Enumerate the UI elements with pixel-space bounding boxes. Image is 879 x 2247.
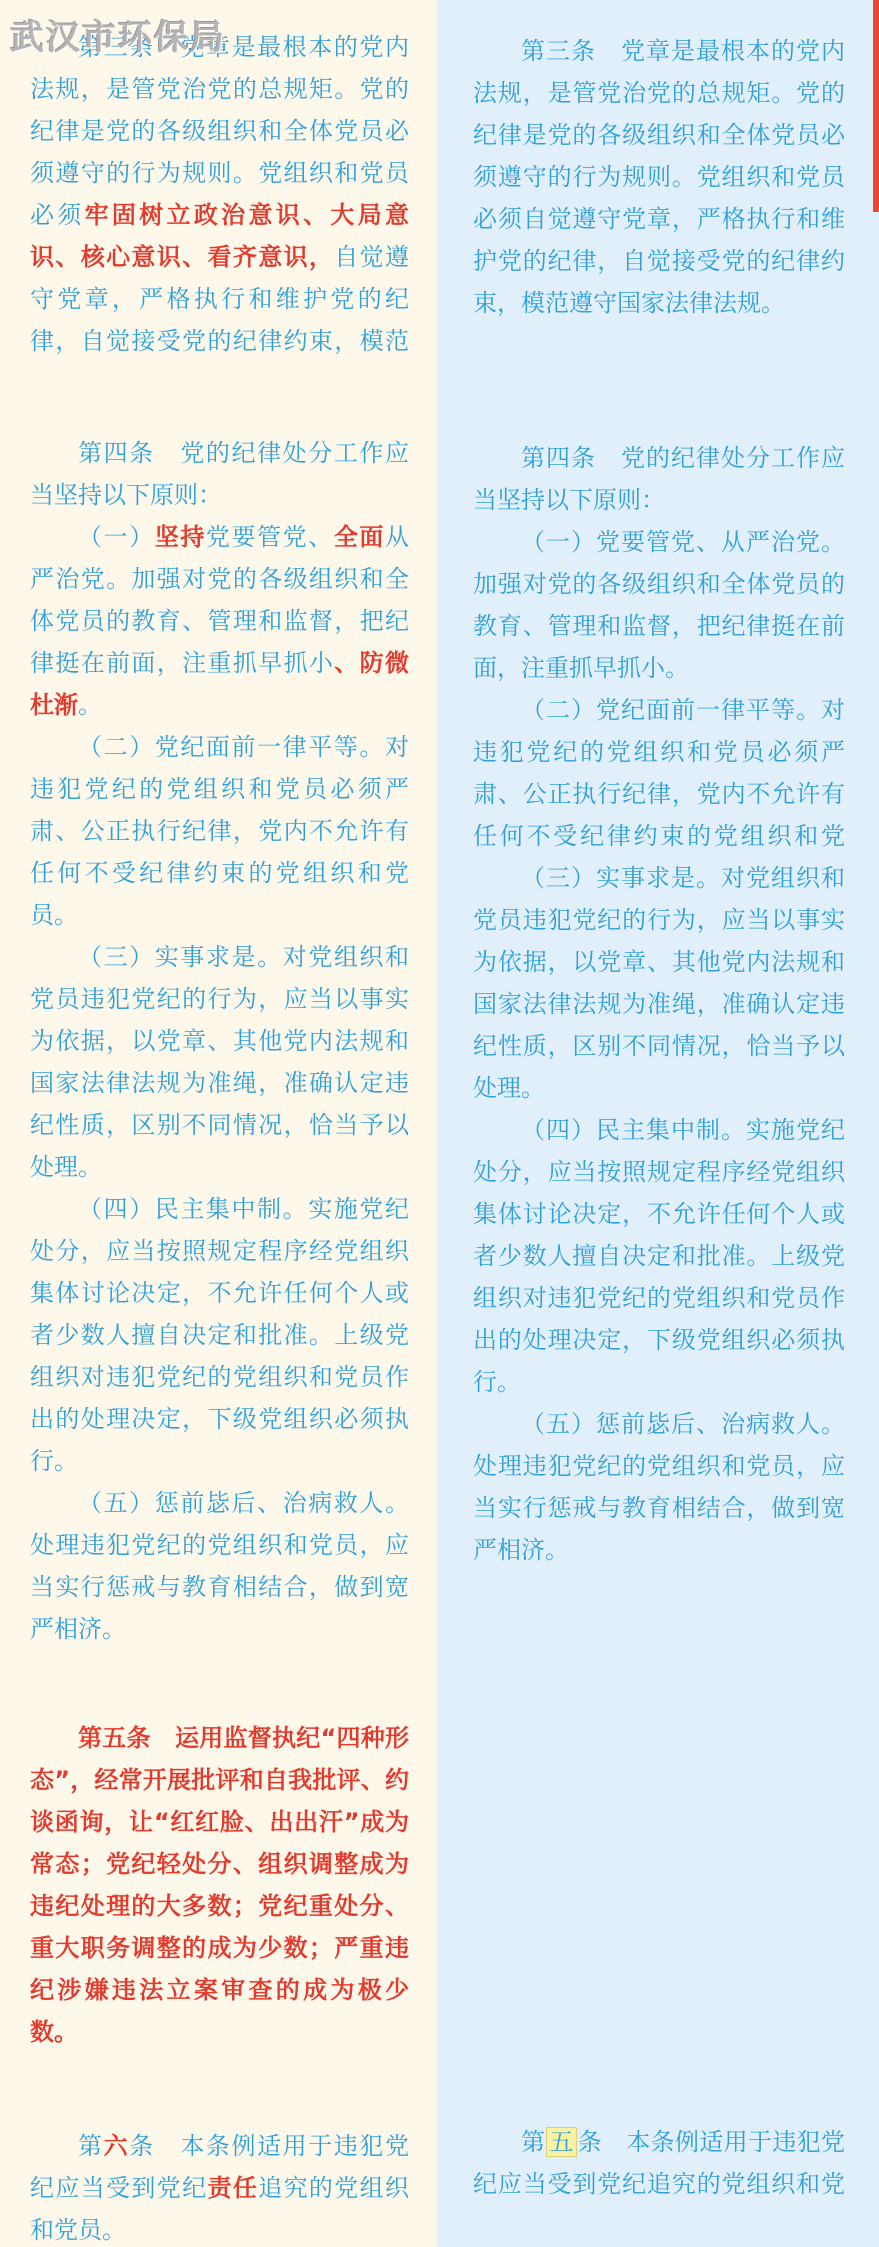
article-4-old-item-4: （四）民主集中制。实施党纪处分，应当按照规定程序经党组织集体讨论决定，不允许任何… bbox=[30, 1188, 409, 1482]
text-segment-blue: （一） bbox=[78, 523, 155, 551]
article-4-old-item-1: （一）坚持党要管党、全面从严治党。加强对党的各级组织和全体党员的教育、管理和监督… bbox=[30, 516, 409, 726]
text-segment-red: 第五条 运用监督执纪“四种形态”，经常开展批评和自我批评、约谈函询，让“红红脸、… bbox=[30, 1724, 409, 2046]
text-segment-blue: （三）实事求是。对党组织和党员违犯党纪的行为，应当以事实为依据，以党章、其他党内… bbox=[30, 943, 409, 1181]
text-segment-blue: （二）党纪面前一律平等。对违犯党纪的党组织和党员必须严肃、公正执行纪律，党内不允… bbox=[473, 696, 845, 857]
article-5-new: 第五条 本条例适用于违犯党纪应当受到党纪追究的党组织和党员。 bbox=[473, 2121, 845, 2205]
article-3-old: 第三条 党章是最根本的党内法规，是管党治党的总规矩。党的纪律是党的各级组织和全体… bbox=[30, 26, 409, 362]
text-segment-blue: （三）实事求是。对党组织和党员违犯党纪的行为，应当以事实为依据，以党章、其他党内… bbox=[473, 864, 845, 1102]
article-4-old-item-5: （五）惩前毖后、治病救人。处理违犯党纪的党组织和党员，应当实行惩戒与教育相结合，… bbox=[30, 1482, 409, 1650]
text-segment-hl: 五 bbox=[546, 2127, 576, 2157]
text-segment-red: 六 bbox=[104, 2132, 130, 2160]
new-version-column: 第三条 党章是最根本的党内法规，是管党治党的总规矩。党的纪律是党的各级组织和全体… bbox=[437, 0, 879, 2247]
text-segment-blue: 第 bbox=[78, 2132, 104, 2160]
comparison-page: 武汉市环保局 第三条 党章是最根本的党内法规，是管党治党的总规矩。党的纪律是党的… bbox=[0, 0, 879, 2247]
article-4-old-item-2: （二）党纪面前一律平等。对违犯党纪的党组织和党员必须严肃、公正执行纪律，党内不允… bbox=[30, 726, 409, 936]
text-segment-blue: 第四条 党的纪律处分工作应当坚持以下原则： bbox=[30, 439, 409, 509]
text-segment-red: 责任 bbox=[208, 2174, 259, 2202]
old-version-column: 第三条 党章是最根本的党内法规，是管党治党的总规矩。党的纪律是党的各级组织和全体… bbox=[0, 0, 437, 2247]
article-5-old: 第五条 运用监督执纪“四种形态”，经常开展批评和自我批评、约谈函询，让“红红脸、… bbox=[30, 1717, 409, 2053]
text-segment-blue: （五）惩前毖后、治病救人。处理违犯党纪的党组织和党员，应当实行惩戒与教育相结合，… bbox=[473, 1410, 845, 1564]
text-segment-red: 坚持 bbox=[155, 523, 206, 551]
text-segment-blue: （四）民主集中制。实施党纪处分，应当按照规定程序经党组织集体讨论决定，不允许任何… bbox=[473, 1116, 845, 1396]
article-4-new-item-5: （五）惩前毖后、治病救人。处理违犯党纪的党组织和党员，应当实行惩戒与教育相结合，… bbox=[473, 1403, 845, 1571]
article-4-old-intro: 第四条 党的纪律处分工作应当坚持以下原则： bbox=[30, 432, 409, 516]
red-edge-marker bbox=[873, 0, 879, 212]
article-4-new-item-2: （二）党纪面前一律平等。对违犯党纪的党组织和党员必须严肃、公正执行纪律，党内不允… bbox=[473, 689, 845, 857]
text-segment-blue: 第四条 党的纪律处分工作应当坚持以下原则： bbox=[473, 444, 845, 514]
article-4-new-item-1: （一）党要管党、从严治党。加强对党的各级组织和全体党员的教育、管理和监督，把纪律… bbox=[473, 521, 845, 689]
text-segment-blue: （四）民主集中制。实施党纪处分，应当按照规定程序经党组织集体讨论决定，不允许任何… bbox=[30, 1195, 409, 1475]
text-segment-blue: （一）党要管党、从严治党。加强对党的各级组织和全体党员的教育、管理和监督，把纪律… bbox=[473, 528, 845, 682]
article-3-new: 第三条 党章是最根本的党内法规，是管党治党的总规矩。党的纪律是党的各级组织和全体… bbox=[473, 30, 845, 324]
text-segment-blue: 第三条 党章是最根本的党内法规，是管党治党的总规矩。党的纪律是党的各级组织和全体… bbox=[473, 37, 845, 317]
article-6-old: 第六条 本条例适用于违犯党纪应当受到党纪责任追究的党组织和党员。 bbox=[30, 2125, 409, 2247]
text-segment-blue: （五）惩前毖后、治病救人。处理违犯党纪的党组织和党员，应当实行惩戒与教育相结合，… bbox=[30, 1489, 409, 1643]
text-segment-blue: （二）党纪面前一律平等。对违犯党纪的党组织和党员必须严肃、公正执行纪律，党内不允… bbox=[30, 733, 409, 929]
article-4-old-item-3: （三）实事求是。对党组织和党员违犯党纪的行为，应当以事实为依据，以党章、其他党内… bbox=[30, 936, 409, 1188]
text-segment-blue: 第 bbox=[521, 2128, 545, 2156]
article-4-new-item-4: （四）民主集中制。实施党纪处分，应当按照规定程序经党组织集体讨论决定，不允许任何… bbox=[473, 1109, 845, 1403]
text-segment-blue: 。 bbox=[78, 691, 102, 719]
article-4-new-intro: 第四条 党的纪律处分工作应当坚持以下原则： bbox=[473, 437, 845, 521]
text-segment-blue: 党要管党、 bbox=[206, 523, 334, 551]
article-4-new-item-3: （三）实事求是。对党组织和党员违犯党纪的行为，应当以事实为依据，以党章、其他党内… bbox=[473, 857, 845, 1109]
text-segment-red: 全面 bbox=[334, 523, 385, 551]
text-segment-blue: 第三条 党章是最根本的党内法规，是管党治党的总规矩。党的纪律是党的各级组织和全体… bbox=[30, 33, 409, 229]
